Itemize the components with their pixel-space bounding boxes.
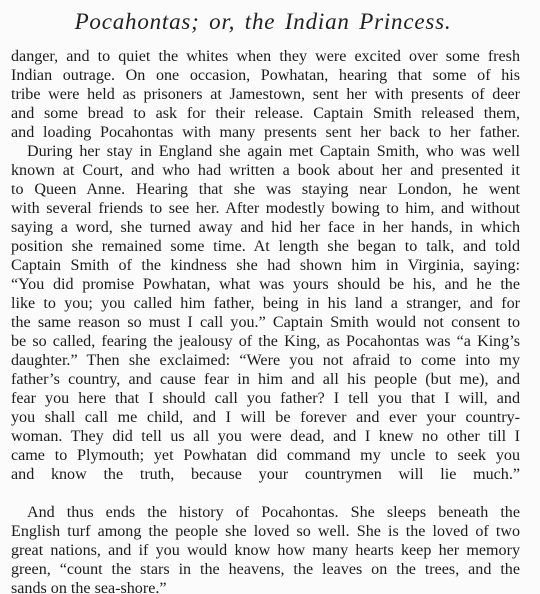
text-line: position she remained some time. At leng… xyxy=(11,237,520,256)
text-line: and loading Pocahontas with many present… xyxy=(11,123,520,142)
paragraph-2: During her stay in England she again met… xyxy=(11,142,520,503)
running-title: Pocahontas; or, the Indian Princess. xyxy=(0,9,526,35)
text-line: like to you; you called him father, bein… xyxy=(11,294,520,313)
paragraph-3: And thus ends the history of Pocahontas.… xyxy=(11,503,520,594)
text-line: English turf among the people she loved … xyxy=(11,522,520,541)
text-line: with several friends to see her. After m… xyxy=(11,199,520,218)
text-line: saying a word, she turned away and hid h… xyxy=(11,218,520,237)
text-line: fear you here that I should call you fat… xyxy=(11,389,520,408)
text-line: tribe were held as prisoners at Jamestow… xyxy=(11,85,520,104)
text-line: green, “count the stars in the heavens, … xyxy=(11,560,520,579)
text-line: danger, and to quiet the whites when the… xyxy=(11,47,520,66)
text-line: known at Court, and who had written a bo… xyxy=(11,161,520,180)
text-line: and some bread to ask for their release.… xyxy=(11,104,520,123)
book-page: Pocahontas; or, the Indian Princess. dan… xyxy=(0,0,540,594)
text-line: and know the truth, because your country… xyxy=(11,465,520,484)
paragraph-1: danger, and to quiet the whites when the… xyxy=(11,47,520,142)
text-line: Indian outrage. On one occasion, Powhata… xyxy=(11,66,520,85)
text-line: to Queen Anne. Hearing that she was stay… xyxy=(11,180,520,199)
text-line: you shall call me child, and I will be f… xyxy=(11,408,520,427)
text-line: “You did promise Powhatan, what was your… xyxy=(11,275,520,294)
text-line: Captain Smith of the kindness she had sh… xyxy=(11,256,520,275)
text-line: During her stay in England she again met… xyxy=(11,142,520,161)
text-line: daughter.” Then she exclaimed: “Were you… xyxy=(11,351,520,370)
text-line: father’s country, and cause fear in him … xyxy=(11,370,520,389)
text-line: came to Plymouth; yet Powhatan did comma… xyxy=(11,446,520,465)
body-text: danger, and to quiet the whites when the… xyxy=(11,47,520,594)
text-line: And thus ends the history of Pocahontas.… xyxy=(11,503,520,522)
text-line: the same reason so must I call you.” Cap… xyxy=(11,313,520,332)
text-line: be so called, fearing the jealousy of th… xyxy=(11,332,520,351)
text-line: woman. They did tell us all you were dea… xyxy=(11,427,520,446)
text-line xyxy=(11,484,520,503)
text-line: great nations, and if you would know how… xyxy=(11,541,520,560)
text-line: sands on the sea-shore.” xyxy=(11,579,520,594)
